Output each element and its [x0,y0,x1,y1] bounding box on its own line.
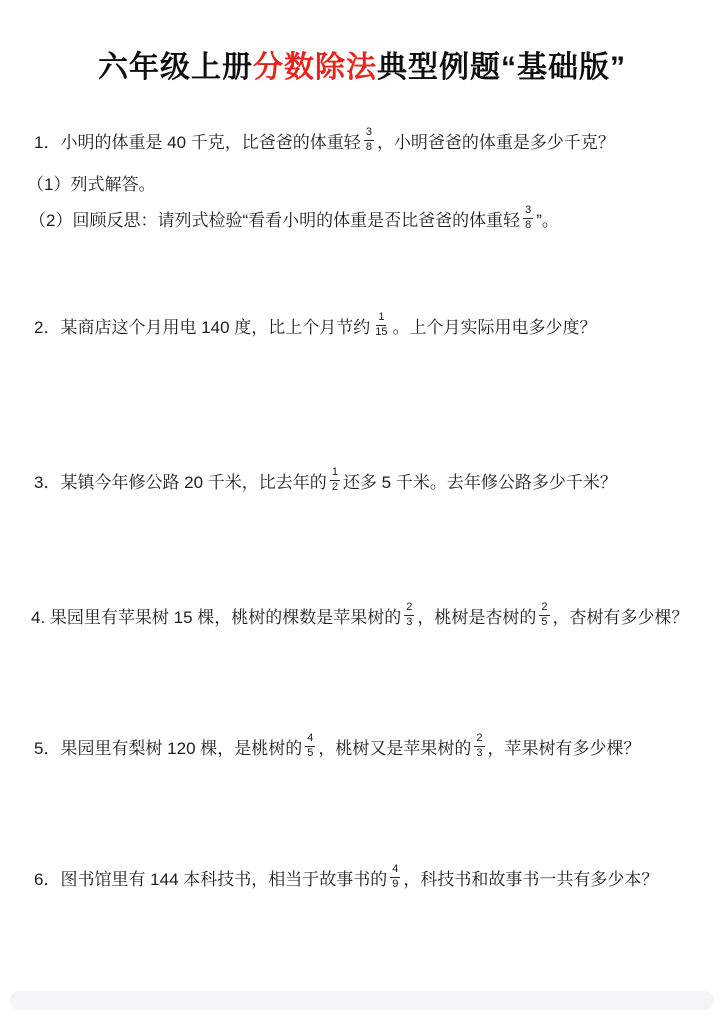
problem-1-sub-1: （1）列式解答。 [27,164,155,200]
fraction-denominator: 3 [404,616,414,629]
problem-1-text: ，小明爸爸的体重是多少千克？ [377,128,615,153]
problem-1: 1．小明的体重是 40 千克，比爸爸的体重轻38，小明爸爸的体重是多少千克？ [34,122,615,158]
problem-1-sub-2: （2）回顾反思：请列式检验“看看小明的体重是否比爸爸的体重轻38”。 [29,200,559,236]
page-title: 六年级上册分数除法典型例题“基础版” [0,42,724,86]
fraction-denominator: 2 [330,481,340,494]
fraction-4-9: 49 [390,864,400,890]
problem-2-text: 。上个月实际用电多少度？ [393,313,597,338]
problem-1-sub-2-text: （2）回顾反思：请列式检验“看看小明的体重是否比爸爸的体重轻 [29,206,520,231]
fraction-numerator: 4 [390,864,400,878]
fraction-denominator: 5 [539,616,549,629]
fraction-denominator: 9 [390,878,400,891]
title-highlight: 分数除法 [253,51,377,84]
problem-6-text: ，科技书和故事书一共有多少本？ [403,865,658,890]
title-prefix: 六年级上册 [98,51,253,84]
footer-bar [10,991,714,1010]
problem-5-text: 5．果园里有梨树 120 棵，是桃树的 [34,734,302,759]
fraction-1-15: 115 [373,312,389,338]
problem-1-text: 1．小明的体重是 40 千克，比爸爸的体重轻 [34,128,361,153]
problem-4: 4. 果园里有苹果树 15 棵，桃树的棵数是苹果树的23，桃树是杏树的25，杏树… [31,597,689,633]
fraction-2-3: 23 [404,602,414,628]
problem-5-text: ，苹果树有多少棵？ [488,734,641,759]
fraction-numerator: 1 [376,312,386,326]
fraction-numerator: 3 [364,127,374,141]
problem-6: 6．图书馆里有 144 本科技书，相当于故事书的49，科技书和故事书一共有多少本… [34,859,658,895]
fraction-3-8: 38 [523,205,533,231]
fraction-2-5: 25 [539,602,549,628]
fraction-2-3: 23 [474,733,484,759]
fraction-denominator: 8 [523,219,533,232]
fraction-numerator: 2 [474,733,484,747]
problem-5: 5．果园里有梨树 120 棵，是桃树的45，桃树又是苹果树的23，苹果树有多少棵… [34,728,641,764]
fraction-denominator: 8 [364,141,374,154]
fraction-denominator: 5 [305,747,315,760]
problem-4-text: ，桃树是杏树的 [417,603,536,628]
worksheet-page: 六年级上册分数除法典型例题“基础版” 1．小明的体重是 40 千克，比爸爸的体重… [0,0,724,1024]
fraction-4-5: 45 [305,733,315,759]
fraction-1-2: 12 [330,467,340,493]
fraction-denominator: 3 [474,747,484,760]
title-suffix: 典型例题“基础版” [377,51,626,84]
fraction-numerator: 4 [305,733,315,747]
problem-4-text: ，杏树有多少棵？ [553,603,689,628]
fraction-numerator: 2 [404,602,414,616]
problem-2-text: 2．某商店这个月用电 140 度，比上个月节约 [34,313,370,338]
problem-3: 3．某镇今年修公路 20 千米，比去年的12还多 5 千米。去年修公路多少千米？ [34,462,617,498]
fraction-3-8: 38 [364,127,374,153]
problem-6-text: 6．图书馆里有 144 本科技书，相当于故事书的 [34,865,387,890]
fraction-denominator: 15 [373,326,389,339]
problem-1-sub-2-text: ”。 [536,206,559,231]
problem-2: 2．某商店这个月用电 140 度，比上个月节约115。上个月实际用电多少度？ [34,307,597,343]
problem-5-text: ，桃树又是苹果树的 [318,734,471,759]
fraction-numerator: 3 [523,205,533,219]
fraction-numerator: 2 [539,602,549,616]
problem-1-sub-1-text: （1）列式解答。 [27,170,155,195]
problem-4-text: 4. 果园里有苹果树 15 棵，桃树的棵数是苹果树的 [31,603,401,628]
problem-3-text: 3．某镇今年修公路 20 千米，比去年的 [34,468,327,493]
problem-3-text: 还多 5 千米。去年修公路多少千米？ [343,468,617,493]
fraction-numerator: 1 [330,467,340,481]
